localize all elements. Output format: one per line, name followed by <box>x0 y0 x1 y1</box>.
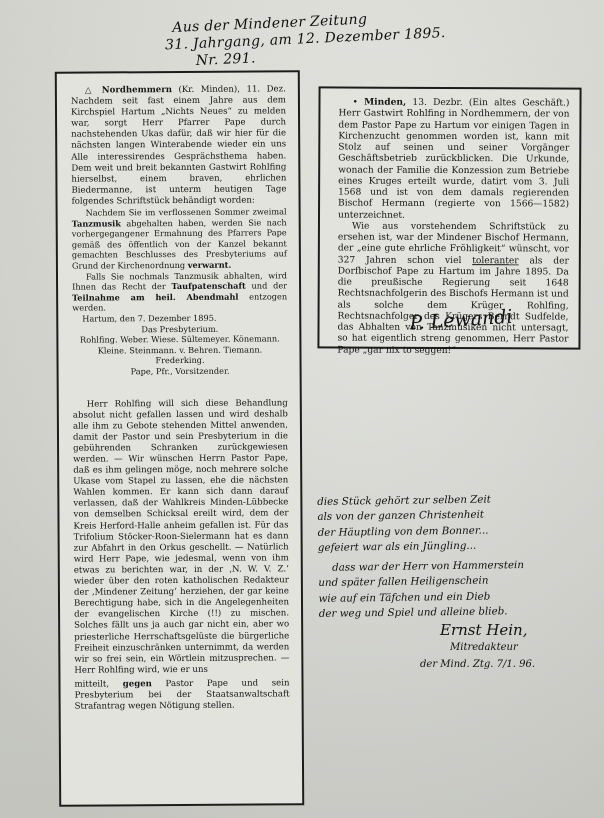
letter-paragraph-1: Nachdem Sie im verflossenen Sommer zweim… <box>72 206 287 271</box>
handwritten-note: dies Stück gehört zur selben Zeit als vo… <box>317 491 594 622</box>
letter-paragraph-2: Falls Sie nochmals Tanzmusik abhalten, w… <box>72 270 287 314</box>
note-line-8: der weg und Spiel und alleine blieb. <box>319 603 594 622</box>
handwritten-signature-block: Ernst Hein, Mitredakteur der Mind. Ztg. … <box>420 622 600 673</box>
left-newspaper-clipping: △ Nordhemmern (Kr. Minden), 11. Dez. Nac… <box>55 70 304 806</box>
bullet-icon: • <box>352 98 357 108</box>
triangle-icon: △ <box>85 86 95 96</box>
signature-name: Ernst Hein, <box>420 622 600 639</box>
right-headline-place: Minden, <box>364 97 406 108</box>
commentary-paragraph: Herr Rohlfing will sich diese Behandlung… <box>73 398 290 677</box>
note-line-4: gefeiert war als ein Jüngling... <box>318 537 593 556</box>
spacer <box>73 376 288 399</box>
left-clipping-intro: △ Nordhemmern (Kr. Minden), 11. Dez. Nac… <box>71 84 287 207</box>
bold-taufpatenschaft: Taufpatenschaft <box>171 281 245 291</box>
presbyterium-letter: Nachdem Sie im verflossenen Sommer zweim… <box>72 206 288 377</box>
right-clipping-paragraph-2: Wie aus vorstehendem Schriftstück zu ers… <box>337 221 569 357</box>
right-newspaper-clipping: • Minden, 13. Dezbr. (Ein altes Geschäft… <box>317 86 581 349</box>
intro-text: Nachdem seit fast einem Jahre aus dem Ki… <box>71 95 287 206</box>
letter-signers-2: Kleine. Steinmann. v. Behren. Tiemann. <box>72 344 287 356</box>
headline-rest: (Kr. Minden), 11. Dez. <box>178 84 285 95</box>
bold-verwarnt: verwarnt. <box>188 260 232 270</box>
handwritten-header: Aus der Mindener Zeitung 31. Jahrgang, a… <box>164 8 456 72</box>
right-clipping-intro: • Minden, 13. Dezbr. (Ein altes Geschäft… <box>338 97 570 223</box>
underlined-toleranter: toleranter <box>472 256 518 266</box>
headline-place: Nordhemmern <box>102 85 172 95</box>
signature-reference: der Mind. Ztg. 7/1. 96. <box>420 656 600 673</box>
closing-paragraph: mitteilt, gegen Pastor Pape und sein Pre… <box>74 678 289 713</box>
signature-role: Mitredakteur <box>420 639 600 656</box>
left-clipping-text: △ Nordhemmern (Kr. Minden), 11. Dez. Nac… <box>71 84 290 712</box>
bold-gegen: gegen <box>123 679 152 689</box>
bold-abendmahl: Teilnahme am heil. Abendmahl <box>72 291 238 302</box>
bold-tanzmusik: Tanzmusik <box>72 218 121 228</box>
